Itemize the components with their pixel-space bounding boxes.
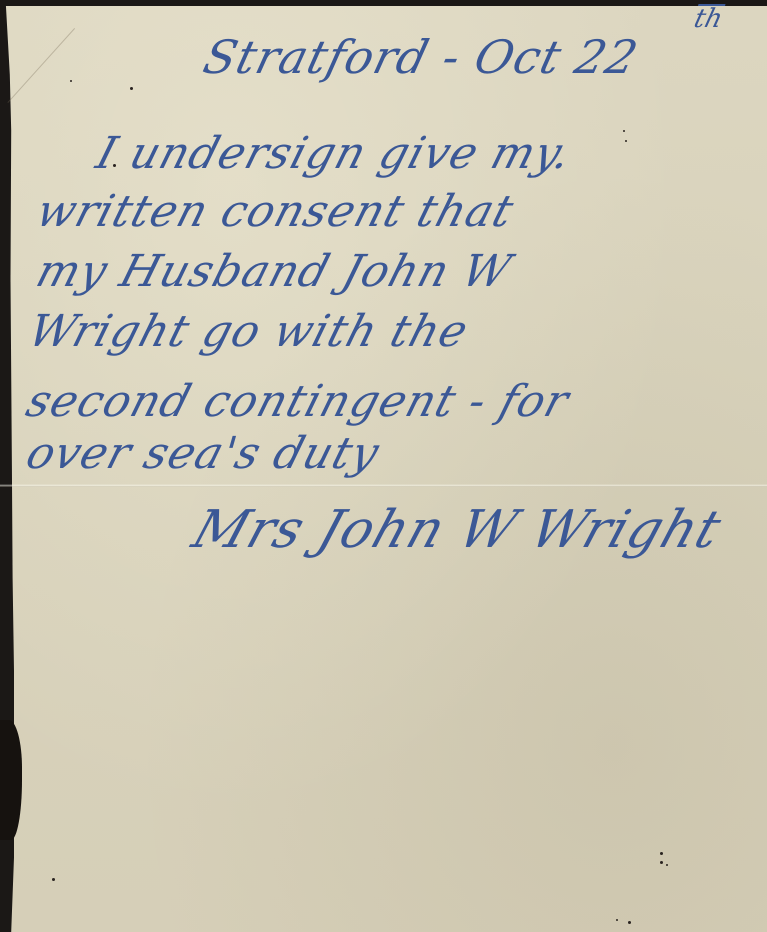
ink-speck: [628, 921, 631, 924]
body-line-1: I undersign give my.: [91, 128, 578, 179]
body-line-2: written consent that: [31, 186, 520, 237]
signature: Mrs John W Wright: [185, 500, 729, 560]
scan-top-border: [0, 0, 767, 6]
body-line-6: over sea's duty: [21, 428, 386, 479]
ink-speck: [660, 861, 663, 864]
body-line-3: my Husband John W: [31, 246, 517, 297]
body-line-4: Wright go with the: [23, 306, 475, 357]
paper-crease: [7, 28, 75, 103]
ink-speck: [625, 140, 627, 142]
body-line-5: second contingent - for: [21, 376, 575, 427]
ink-speck: [666, 864, 668, 866]
date-ordinal-suffix: th: [692, 4, 726, 32]
letter-page: Stratford - Oct 22 th I undersign give m…: [0, 0, 767, 932]
ink-speck: [623, 130, 625, 132]
horizontal-fold-line: [0, 484, 767, 487]
letter-date-line: Stratford - Oct 22: [198, 30, 643, 84]
ink-speck: [130, 87, 133, 90]
torn-left-edge-notch: [0, 720, 22, 840]
ink-speck: [616, 919, 618, 921]
ink-speck: [52, 878, 55, 881]
ink-speck: [660, 852, 663, 855]
ink-speck: [70, 80, 72, 82]
